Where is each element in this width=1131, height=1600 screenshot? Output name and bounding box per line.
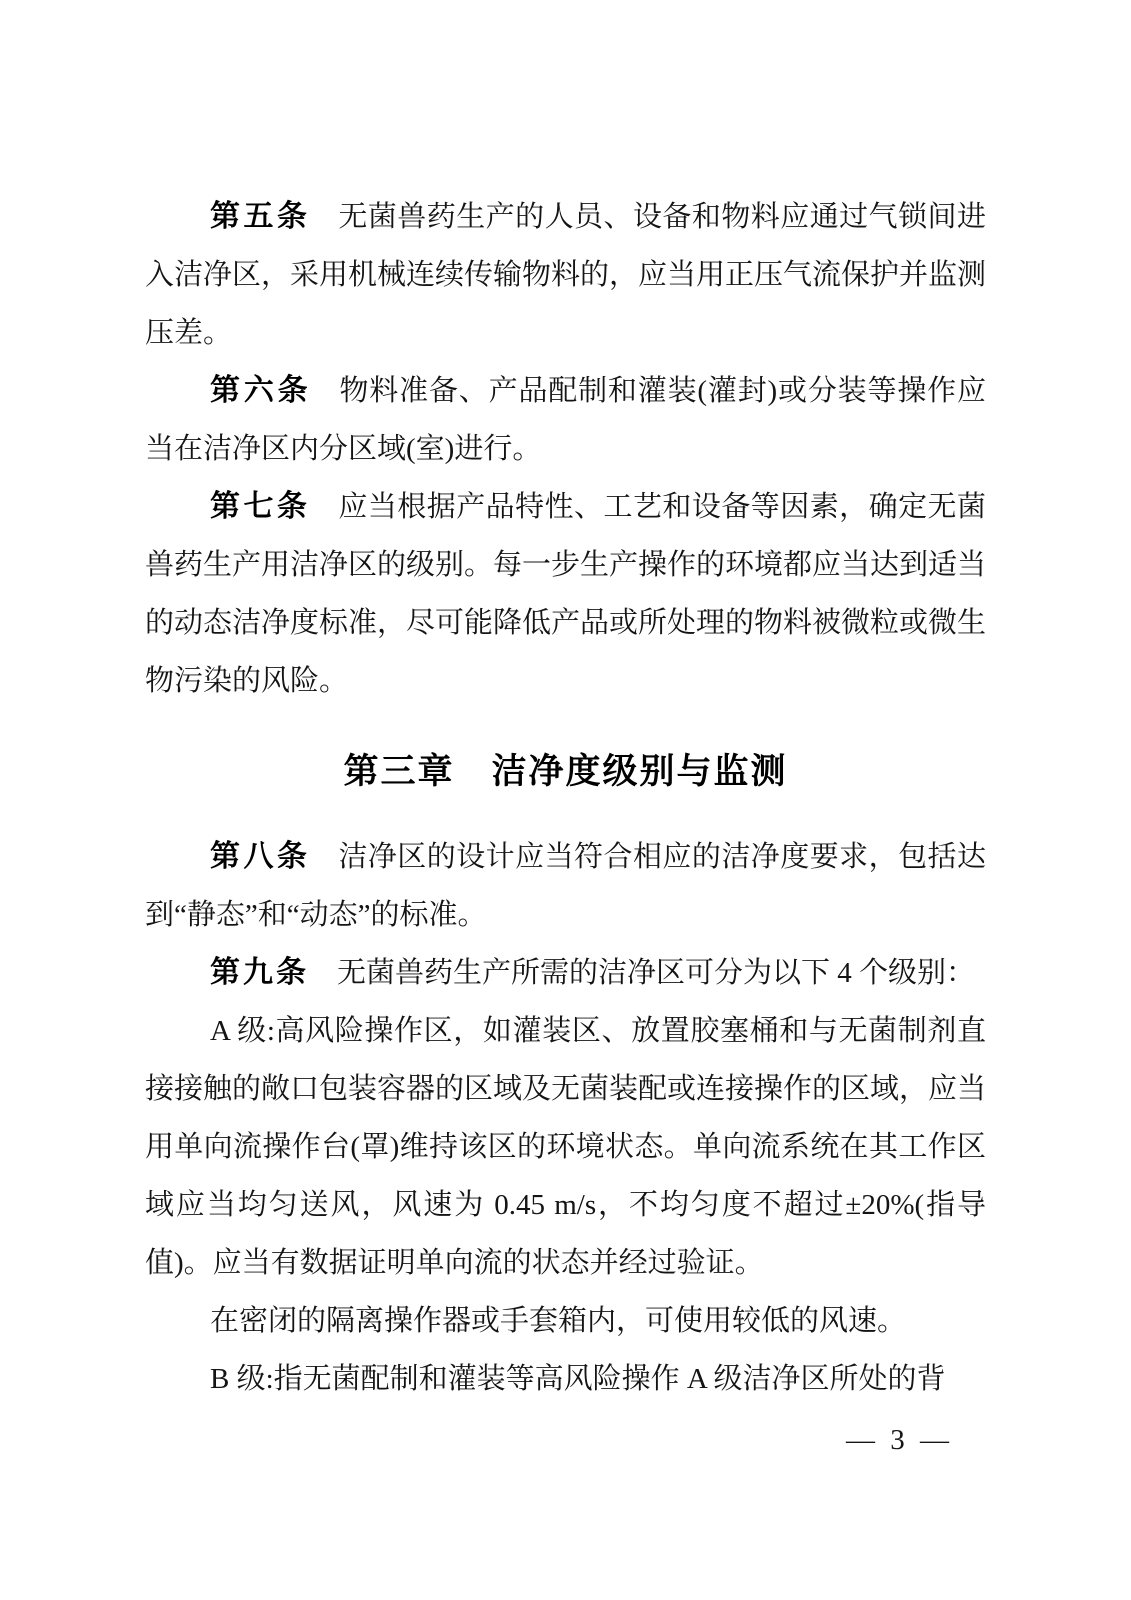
- grade-a-paragraph: A 级:高风险操作区，如灌装区、放置胶塞桶和与无菌制剂直接接触的敞口包装容器的区…: [145, 1002, 986, 1292]
- article-9-number: 第九条: [210, 956, 309, 989]
- article-5-paragraph: 第五条无菌兽药生产的人员、设备和物料应通过气锁间进入洁净区，采用机械连续传输物料…: [145, 188, 986, 362]
- article-7-paragraph: 第七条应当根据产品特性、工艺和设备等因素，确定无菌兽药生产用洁净区的级别。每一步…: [145, 478, 986, 710]
- article-5-number: 第五条: [210, 200, 310, 233]
- chapter-heading: 第三章 洁净度级别与监测: [145, 743, 986, 801]
- article-8-number: 第八条: [210, 840, 310, 873]
- article-8-paragraph: 第八条洁净区的设计应当符合相应的洁净度要求，包括达到“静态”和“动态”的标准。: [145, 828, 986, 944]
- page-number: — 3 —: [846, 1424, 953, 1457]
- document-page: 第五条无菌兽药生产的人员、设备和物料应通过气锁间进入洁净区，采用机械连续传输物料…: [0, 0, 1131, 1600]
- isolator-paragraph: 在密闭的隔离操作器或手套箱内，可使用较低的风速。: [145, 1292, 986, 1350]
- article-6-paragraph: 第六条物料准备、产品配制和灌装(灌封)或分装等操作应当在洁净区内分区域(室)进行…: [145, 362, 986, 478]
- article-6-number: 第六条: [210, 374, 311, 407]
- grade-b-paragraph: B 级:指无菌配制和灌装等高风险操作 A 级洁净区所处的背: [145, 1350, 986, 1408]
- article-9-paragraph: 第九条无菌兽药生产所需的洁净区可分为以下 4 个级别：: [145, 944, 986, 1002]
- document-body: 第五条无菌兽药生产的人员、设备和物料应通过气锁间进入洁净区，采用机械连续传输物料…: [145, 188, 986, 1408]
- article-9-text: 无菌兽药生产所需的洁净区可分为以下 4 个级别：: [337, 957, 975, 989]
- article-7-number: 第七条: [210, 490, 310, 523]
